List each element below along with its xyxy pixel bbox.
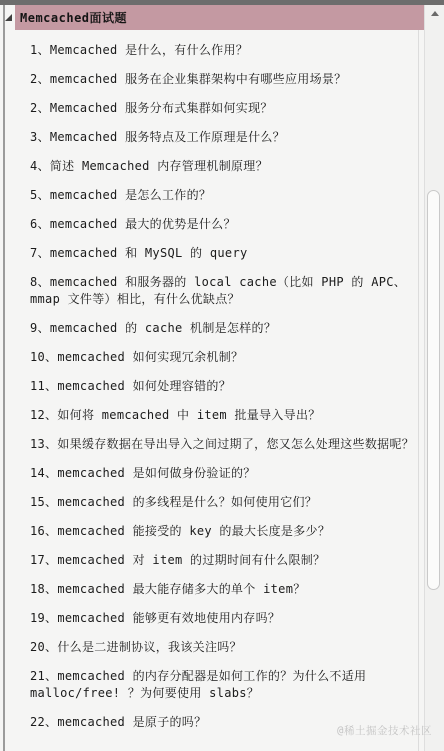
question-item[interactable]: 13、如果缓存数据在导出导入之间过期了，您又怎么处理这些数据呢？: [30, 436, 418, 453]
question-item[interactable]: 12、如何将 memcached 中 item 批量导入导出？: [30, 407, 418, 424]
question-item[interactable]: 18、memcached 最大能存储多大的单个 item？: [30, 581, 418, 598]
question-item[interactable]: 10、memcached 如何实现冗余机制？: [30, 349, 418, 366]
expand-triangle-icon[interactable]: [5, 14, 12, 21]
question-item[interactable]: 2、Memcached 服务分布式集群如何实现？: [30, 100, 418, 117]
question-item[interactable]: 8、memcached 和服务器的 local cache（比如 PHP 的 A…: [30, 274, 418, 308]
question-item[interactable]: 2、memcached 服务在企业集群架构中有哪些应用场景？: [30, 71, 418, 88]
question-item[interactable]: 9、memcached 的 cache 机制是怎样的？: [30, 320, 418, 337]
panel-title: Memcached面试题: [20, 9, 127, 26]
outline-panel: Memcached面试题 1、Memcached 是什么，有什么作用？2、mem…: [0, 0, 444, 751]
question-item[interactable]: 17、memcached 对 item 的过期时间有什么限制？: [30, 552, 418, 569]
question-item[interactable]: 21、memcached 的内存分配器是如何工作的？为什么不适用malloc/f…: [30, 668, 418, 702]
selected-heading[interactable]: Memcached面试题: [15, 5, 424, 30]
question-item[interactable]: 7、memcached 和 MySQL 的 query: [30, 245, 418, 262]
question-list: 1、Memcached 是什么，有什么作用？2、memcached 服务在企业集…: [0, 30, 444, 743]
question-item[interactable]: 6、memcached 最大的优势是什么？: [30, 216, 418, 233]
scrollbar[interactable]: [424, 5, 444, 751]
watermark: @稀土掘金技术社区: [337, 723, 432, 738]
question-item[interactable]: 14、memcached 是如何做身份验证的？: [30, 465, 418, 482]
scroll-up-arrow-icon[interactable]: [431, 11, 439, 16]
question-item[interactable]: 15、memcached 的多线程是什么？如何使用它们？: [30, 494, 418, 511]
question-item[interactable]: 11、memcached 如何处理容错的？: [30, 378, 418, 395]
scrollbar-thumb[interactable]: [427, 190, 440, 590]
question-item[interactable]: 1、Memcached 是什么，有什么作用？: [30, 42, 418, 59]
question-item[interactable]: 20、什么是二进制协议，我该关注吗？: [30, 639, 418, 656]
header-row: Memcached面试题: [0, 5, 444, 30]
question-item[interactable]: 3、Memcached 服务特点及工作原理是什么？: [30, 129, 418, 146]
question-item[interactable]: 5、memcached 是怎么工作的？: [30, 187, 418, 204]
question-item[interactable]: 19、memcached 能够更有效地使用内存吗？: [30, 610, 418, 627]
question-item[interactable]: 4、简述 Memcached 内存管理机制原理？: [30, 158, 418, 175]
question-item[interactable]: 16、memcached 能接受的 key 的最大长度是多少？: [30, 523, 418, 540]
